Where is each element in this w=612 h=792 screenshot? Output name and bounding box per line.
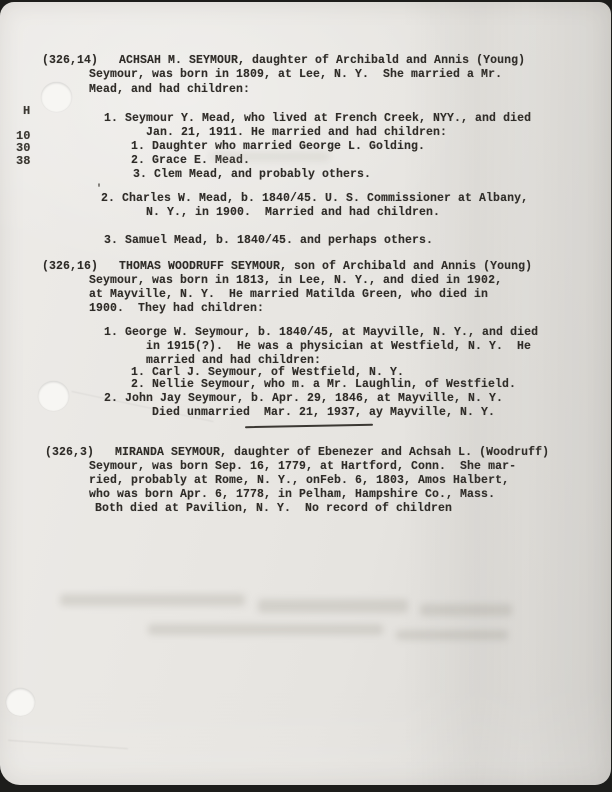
child-item-line: N. Y., in 1900. Married and had children…: [146, 206, 440, 220]
paper-crease: [8, 740, 128, 749]
entry-heading-line: (326,16) THOMAS WOODRUFF SEYMOUR, son of…: [42, 260, 532, 274]
child-item-line: Died unmarried Mar. 21, 1937, ay Mayvill…: [152, 406, 495, 420]
child-item-line: 3. Samuel Mead, b. 1840/45. and perhaps …: [104, 234, 433, 248]
child-item-line: 2. John Jay Seymour, b. Apr. 29, 1846, a…: [104, 392, 503, 406]
bleed-through-smudge: [420, 604, 512, 616]
bleed-through-smudge: [148, 624, 383, 635]
typed-line: at Mayville, N. Y. He married Matilda Gr…: [89, 288, 488, 302]
grandchild-item-line: 2. Nellie Seymour, who m. a Mr. Laughlin…: [131, 378, 516, 392]
typed-line: Mead, and had children:: [89, 83, 250, 97]
scanned-typewritten-page: { "page": { "kind": "typewritten genealo…: [0, 0, 612, 792]
margin-note-h: H: [23, 105, 30, 117]
child-item-line: 1. Seymour Y. Mead, who lived at French …: [104, 112, 531, 126]
typed-line: Both died at Pavilion, N. Y. No record o…: [95, 502, 452, 516]
child-item-line: in 1915(?). He was a physician at Westfi…: [146, 340, 531, 354]
section-divider-rule: [245, 424, 373, 428]
margin-note-38: 38: [16, 155, 30, 167]
punch-hole-bottom: [6, 688, 35, 716]
paper-sheet: H 10 30 38 (326,14) ACHSAH M. SEYMOUR, d…: [0, 2, 611, 785]
typed-line: Seymour, was born Sep. 16, 1779, at Hart…: [89, 460, 516, 474]
typed-line: Seymour, was born in 1809, at Lee, N. Y.…: [89, 68, 502, 82]
bleed-through-smudge: [210, 152, 330, 161]
bleed-through-smudge: [258, 599, 408, 613]
bleed-through-smudge: [396, 630, 508, 640]
entry-heading-line: (326,14) ACHSAH M. SEYMOUR, daughter of …: [42, 54, 525, 68]
child-item-line: 1. George W. Seymour, b. 1840/45, at May…: [104, 326, 538, 340]
bleed-through-smudge: [60, 594, 245, 606]
punch-hole-top: [41, 82, 72, 112]
typed-line: Seymour, was born in 1813, in Lee, N. Y.…: [89, 274, 502, 288]
child-item-line: Jan. 21, 1911. He married and had childr…: [146, 126, 447, 140]
typed-line: ried, probably at Rome, N. Y., onFeb. 6,…: [89, 474, 509, 488]
typed-line: 1900. They had children:: [89, 302, 264, 316]
typed-line: who was born Apr. 6, 1778, in Pelham, Ha…: [89, 488, 495, 502]
entry-heading-line: (326,3) MIRANDA SEYMOUR, daughter of Ebe…: [45, 446, 549, 460]
child-item-line: 2. Charles W. Mead, b. 1840/45. U. S. Co…: [101, 192, 528, 206]
punch-hole-middle: [38, 381, 69, 411]
margin-note-30: 30: [16, 142, 30, 154]
grandchild-item-line: 3. Clem Mead, and probably others.: [133, 168, 371, 182]
